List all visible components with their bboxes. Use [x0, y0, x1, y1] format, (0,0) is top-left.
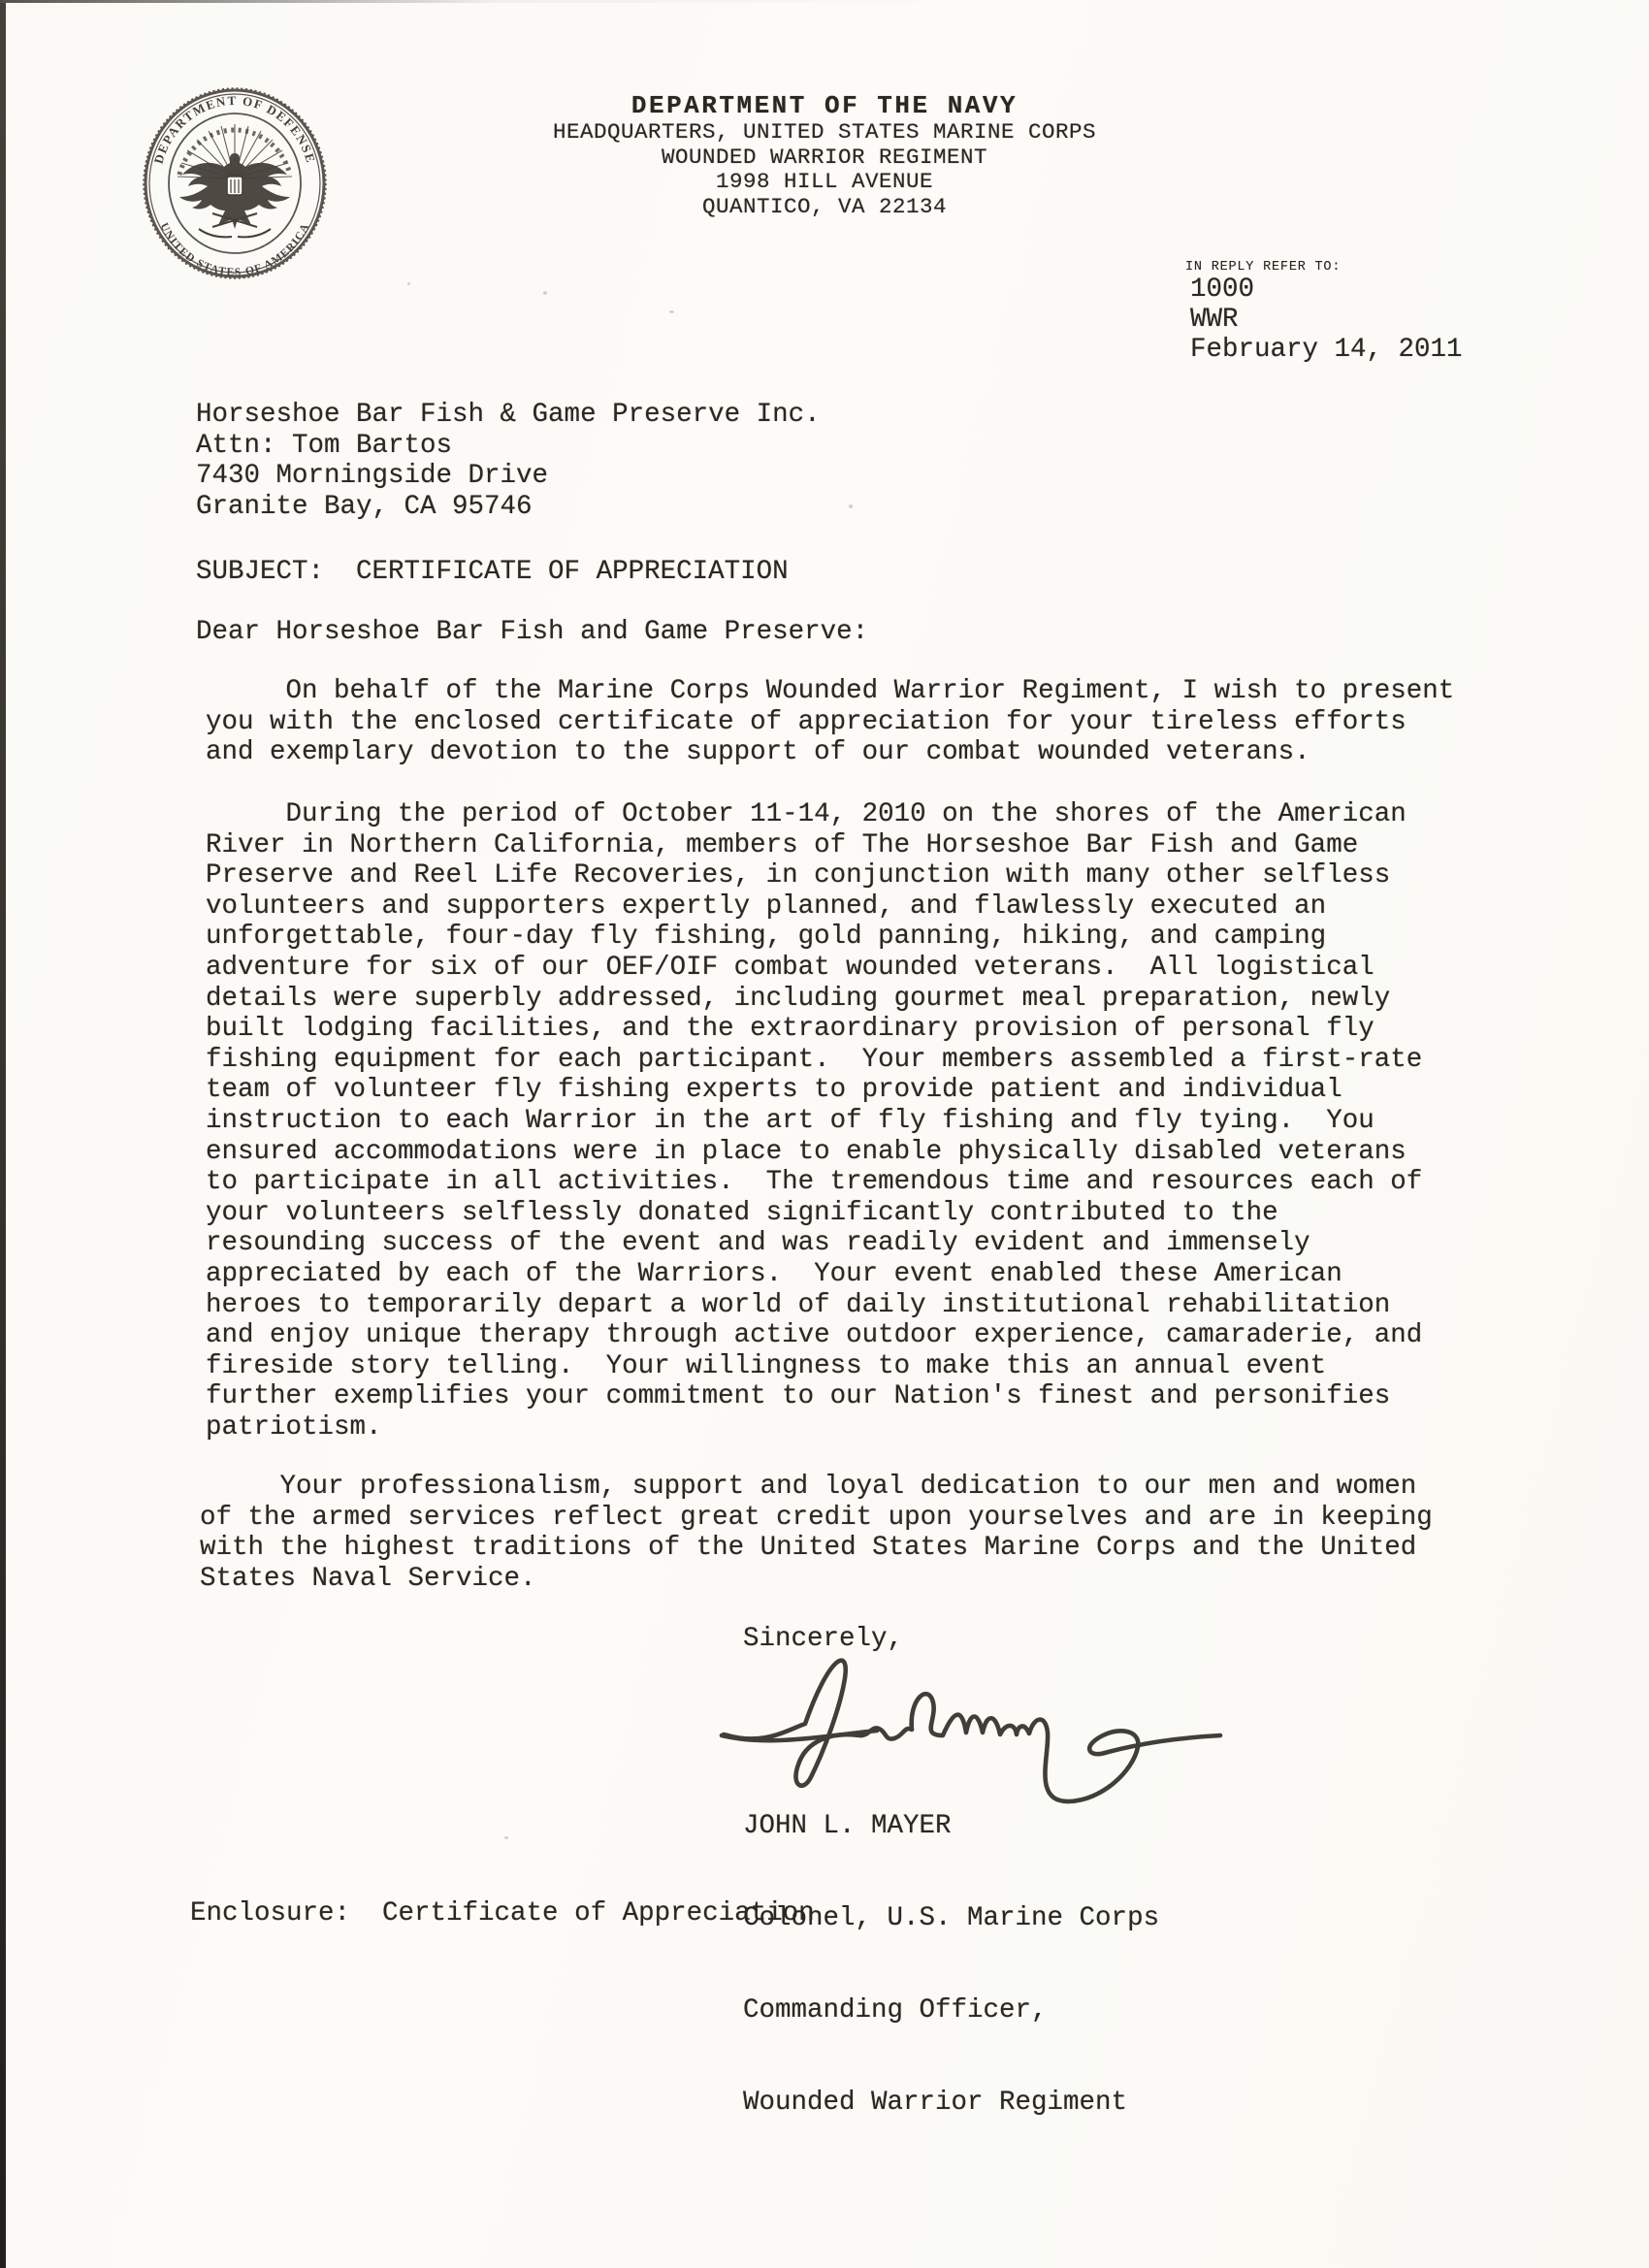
scan-speck [504, 1836, 508, 1839]
letterhead-regiment-line: WOUNDED WARRIOR REGIMENT [339, 146, 1309, 171]
scanned-letter-page: DEPARTMENT OF DEFENSE UNITED STATES OF A… [0, 0, 1649, 2268]
recipient-address-block: Horseshoe Bar Fish & Game Preserve Inc.A… [196, 400, 821, 522]
letterhead-city-line: QUANTICO, VA 22134 [339, 195, 1309, 220]
text-line: details were superbly addressed, includi… [206, 984, 1422, 1015]
body-paragraph-2: During the period of October 11-14, 2010… [206, 799, 1422, 1442]
text-line: instruction to each Warrior in the art o… [206, 1106, 1422, 1137]
signer-unit: Wounded Warrior Regiment [743, 2088, 1159, 2119]
text-line: unforgettable, four-day fly fishing, gol… [206, 922, 1422, 953]
letterhead-street-line: 1998 HILL AVENUE [339, 170, 1309, 195]
text-line: to participate in all activities. The tr… [206, 1167, 1422, 1198]
scan-edge-top-shadow [0, 0, 1649, 3]
signer-title: Commanding Officer, [743, 1995, 1159, 2026]
reply-refer-lines: 1000WWRFebruary 14, 2011 [1190, 275, 1463, 365]
text-line: appreciated by each of the Warriors. You… [206, 1259, 1422, 1290]
text-line: During the period of October 11-14, 2010… [206, 799, 1422, 830]
letterhead: DEPARTMENT OF THE NAVY HEADQUARTERS, UNI… [339, 92, 1309, 219]
body-paragraph-1: On behalf of the Marine Corps Wounded Wa… [206, 676, 1454, 768]
text-line: team of volunteer fly fishing experts to… [206, 1075, 1422, 1106]
text-line: On behalf of the Marine Corps Wounded Wa… [206, 676, 1454, 707]
text-line: River in Northern California, members of… [206, 830, 1422, 861]
text-line: ensured accommodations were in place to … [206, 1137, 1422, 1168]
text-line: 1000 [1190, 275, 1463, 306]
reply-refer-label: IN REPLY REFER TO: [1185, 260, 1341, 275]
text-line: Horseshoe Bar Fish & Game Preserve Inc. [196, 400, 821, 431]
text-line: adventure for six of our OEF/OIF combat … [206, 953, 1422, 984]
body-paragraph-3: Your professionalism, support and loyal … [200, 1472, 1433, 1594]
text-line: Attn: Tom Bartos [196, 431, 821, 462]
text-line: you with the enclosed certificate of app… [206, 707, 1454, 738]
text-line: further exemplifies your commitment to o… [206, 1381, 1422, 1412]
text-line: Your professionalism, support and loyal … [200, 1472, 1433, 1503]
seal-eagle [179, 153, 290, 237]
text-line: and exemplary devotion to the support of… [206, 737, 1454, 768]
text-line: States Naval Service. [200, 1564, 1433, 1595]
signer-name: JOHN L. MAYER [743, 1811, 1159, 1842]
scan-speck [407, 282, 410, 285]
text-line: February 14, 2011 [1190, 336, 1463, 366]
text-line: with the highest traditions of the Unite… [200, 1533, 1433, 1564]
scan-speck [849, 504, 853, 508]
subject-line: SUBJECT: CERTIFICATE OF APPRECIATION [196, 557, 789, 588]
text-line: your volunteers selflessly donated signi… [206, 1198, 1422, 1229]
seal-bottom-text: UNITED STATES OF AMERICA [158, 221, 312, 278]
text-line: Preserve and Reel Life Recoveries, in co… [206, 860, 1422, 891]
letterhead-headquarters-line: HEADQUARTERS, UNITED STATES MARINE CORPS [339, 120, 1309, 146]
svg-text:UNITED STATES OF AMERICA: UNITED STATES OF AMERICA [158, 221, 312, 278]
text-line: fireside story telling. Your willingness… [206, 1351, 1422, 1382]
text-line: 7430 Morningside Drive [196, 461, 821, 492]
text-line: patriotism. [206, 1412, 1422, 1443]
scan-speck [669, 310, 674, 313]
text-line: Granite Bay, CA 95746 [196, 492, 821, 523]
letterhead-department-line: DEPARTMENT OF THE NAVY [339, 92, 1309, 120]
signer-block: JOHN L. MAYER Colonel, U.S. Marine Corps… [743, 1750, 1159, 2179]
text-line: built lodging facilities, and the extrao… [206, 1014, 1422, 1045]
text-line: heroes to temporarily depart a world of … [206, 1290, 1422, 1321]
text-line: WWR [1190, 306, 1463, 336]
enclosure-line: Enclosure: Certificate of Appreciation [190, 1898, 815, 1929]
scan-edge-shadow [0, 0, 6, 2268]
scan-speck [543, 291, 547, 295]
text-line: volunteers and supporters expertly plann… [206, 891, 1422, 923]
text-line: of the armed services reflect great cred… [200, 1503, 1433, 1534]
text-line: fishing equipment for each participant. … [206, 1045, 1422, 1076]
text-line: and enjoy unique therapy through active … [206, 1320, 1422, 1351]
department-of-defense-seal-icon: DEPARTMENT OF DEFENSE UNITED STATES OF A… [141, 85, 330, 281]
text-line: resounding success of the event and was … [206, 1228, 1422, 1259]
salutation-line: Dear Horseshoe Bar Fish and Game Preserv… [196, 617, 868, 648]
